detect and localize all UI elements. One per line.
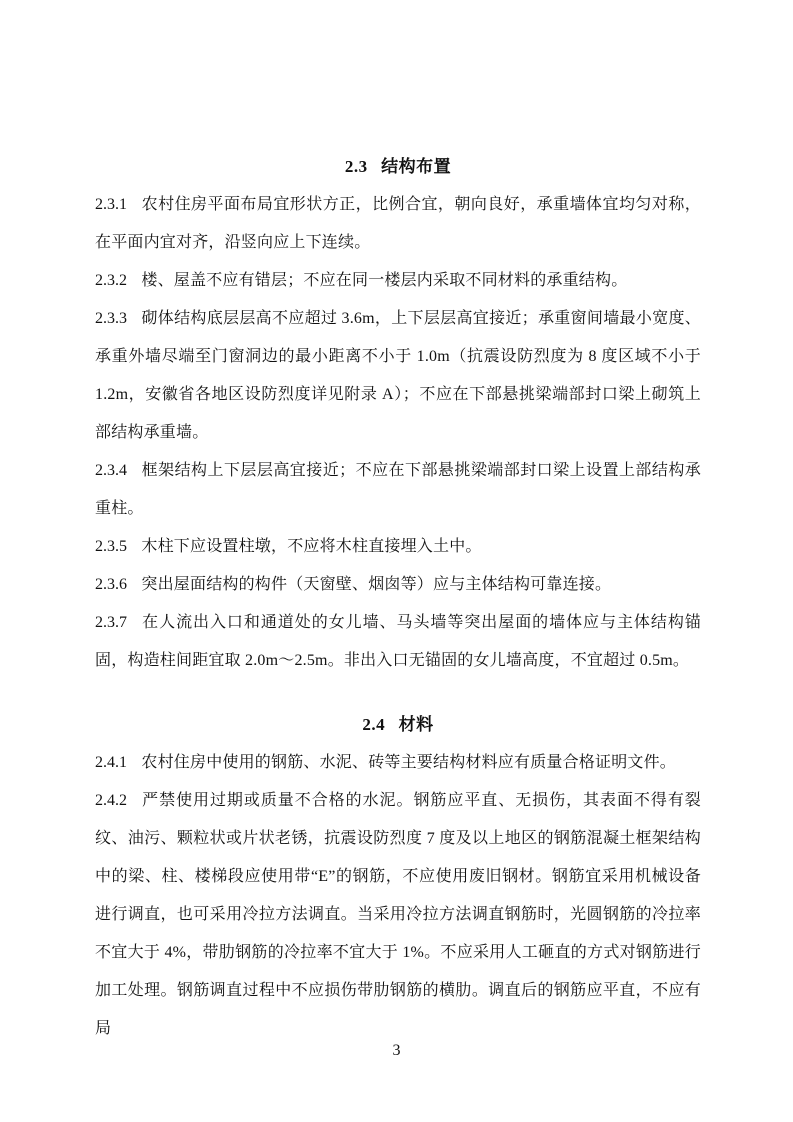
- clause-2-3-2: 2.3.2楼、屋盖不应有错层；不应在同一楼层内采取不同材料的承重结构。: [95, 262, 701, 300]
- clause-text: 农村住房中使用的钢筋、水泥、砖等主要结构材料应有质量合格证明文件。: [141, 754, 676, 771]
- clause-2-3-3: 2.3.3砌体结构底层层高不应超过 3.6m，上下层层高宜接近；承重窗间墙最小宽…: [95, 300, 701, 452]
- clause-text: 突出屋面结构的构件（天窗壁、烟囱等）应与主体结构可靠连接。: [141, 576, 611, 593]
- clause-number: 2.3.5: [95, 538, 141, 555]
- document-content: 2.3结构布置 2.3.1农村住房平面布局宜形状方正，比例合宜，朝向良好，承重墙…: [0, 0, 793, 1048]
- clause-text: 在人流出入口和通道处的女儿墙、马头墙等突出屋面的墙体应与主体结构锚固，构造柱间距…: [95, 614, 701, 669]
- document-page: 2.3结构布置 2.3.1农村住房平面布局宜形状方正，比例合宜，朝向良好，承重墙…: [0, 0, 793, 1122]
- clause-number: 2.3.1: [95, 196, 141, 213]
- clause-2-3-4: 2.3.4框架结构上下层层高宜接近；不应在下部悬挑梁端部封口梁上设置上部结构承重…: [95, 452, 701, 528]
- clause-number: 2.3.7: [95, 614, 141, 631]
- section-heading-structure-layout: 2.3结构布置: [95, 156, 701, 178]
- clause-number: 2.3.6: [95, 576, 141, 593]
- clause-number: 2.3.4: [95, 462, 141, 479]
- section-title: 结构布置: [381, 157, 451, 176]
- clause-2-3-5: 2.3.5木柱下应设置柱墩，不应将木柱直接埋入土中。: [95, 528, 701, 566]
- clause-text: 砌体结构底层层高不应超过 3.6m，上下层层高宜接近；承重窗间墙最小宽度、承重外…: [95, 310, 701, 441]
- clause-2-3-7: 2.3.7在人流出入口和通道处的女儿墙、马头墙等突出屋面的墙体应与主体结构锚固，…: [95, 604, 701, 680]
- page-footer: 3: [0, 1042, 793, 1060]
- clause-text: 木柱下应设置柱墩，不应将木柱直接埋入土中。: [141, 538, 481, 555]
- clause-2-4-1: 2.4.1农村住房中使用的钢筋、水泥、砖等主要结构材料应有质量合格证明文件。: [95, 744, 701, 782]
- clause-number: 2.4.1: [95, 754, 141, 771]
- clause-text: 严禁使用过期或质量不合格的水泥。钢筋应平直、无损伤，其表面不得有裂纹、油污、颗粒…: [95, 792, 701, 1037]
- section-heading-materials: 2.4材料: [95, 714, 701, 736]
- clause-number: 2.4.2: [95, 792, 141, 809]
- clause-text: 楼、屋盖不应有错层；不应在同一楼层内采取不同材料的承重结构。: [141, 272, 627, 289]
- clause-number: 2.3.3: [95, 310, 141, 327]
- section-number: 2.4: [362, 715, 385, 734]
- page-number: 3: [393, 1042, 401, 1059]
- clause-text: 框架结构上下层层高宜接近；不应在下部悬挑梁端部封口梁上设置上部结构承重柱。: [95, 462, 701, 517]
- clause-number: 2.3.2: [95, 272, 141, 289]
- clause-2-4-2: 2.4.2严禁使用过期或质量不合格的水泥。钢筋应平直、无损伤，其表面不得有裂纹、…: [95, 782, 701, 1048]
- clause-2-3-1: 2.3.1农村住房平面布局宜形状方正，比例合宜，朝向良好，承重墙体宜均匀对称，在…: [95, 186, 701, 262]
- clause-2-3-6: 2.3.6突出屋面结构的构件（天窗壁、烟囱等）应与主体结构可靠连接。: [95, 566, 701, 604]
- section-number: 2.3: [345, 157, 368, 176]
- section-title: 材料: [399, 715, 434, 734]
- clause-text: 农村住房平面布局宜形状方正，比例合宜，朝向良好，承重墙体宜均匀对称，在平面内宜对…: [95, 196, 701, 251]
